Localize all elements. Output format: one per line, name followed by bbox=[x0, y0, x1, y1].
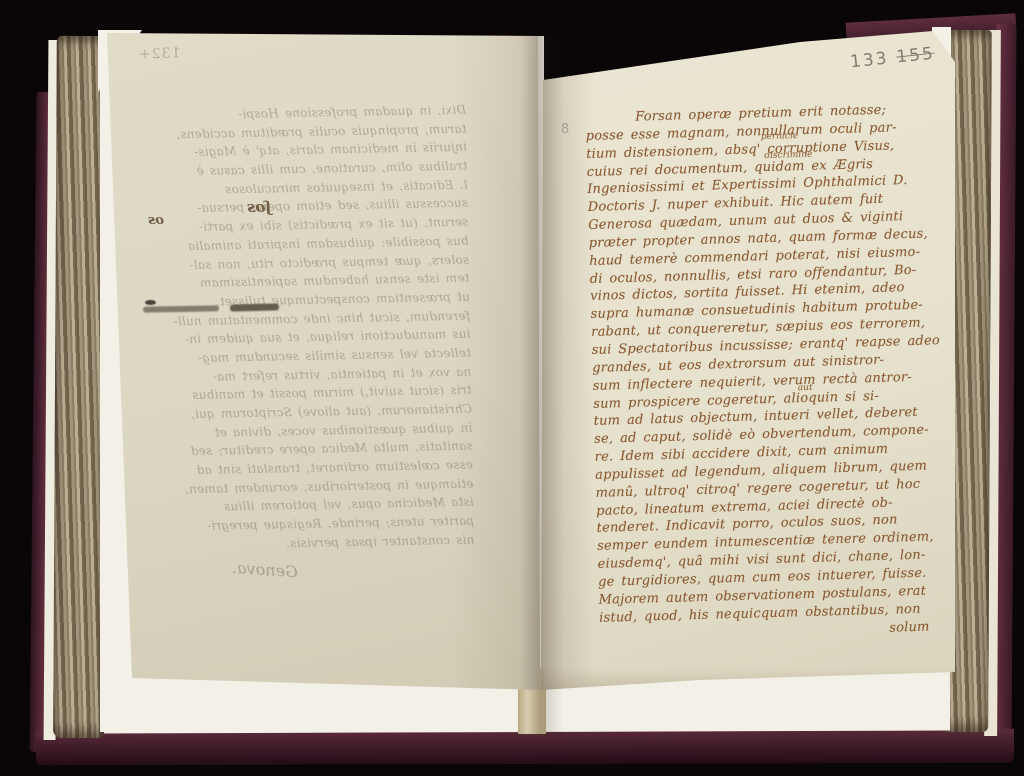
interlinear-correction: aut bbox=[798, 384, 813, 393]
ink-bleed-fragment: os bbox=[148, 213, 164, 228]
interlinear-correction: discrimine bbox=[764, 151, 812, 161]
bleedthrough-text: Dixi, in quadam professione Hospi- tarum… bbox=[132, 101, 475, 577]
interlinear-correction: pernicie bbox=[761, 132, 799, 142]
bleedthrough-folio-number: 132+ bbox=[138, 45, 181, 62]
folio-number-struck: 155 bbox=[895, 44, 935, 68]
ink-smudge bbox=[145, 300, 156, 305]
ink-smudge bbox=[230, 303, 279, 311]
page-edges-left bbox=[53, 36, 107, 738]
book-cover-bottom-board bbox=[36, 729, 1014, 766]
margin-number: 8 bbox=[561, 122, 569, 137]
manuscript-text: Forsan operæ pretium erit notasse; posse… bbox=[585, 100, 972, 670]
ink-bleed-fragment: ʃos bbox=[247, 198, 270, 216]
folio-number-current: 133 bbox=[849, 48, 889, 72]
photograph-background: 132+ Dixi, in quadam professione Hospi- … bbox=[0, 0, 1024, 776]
